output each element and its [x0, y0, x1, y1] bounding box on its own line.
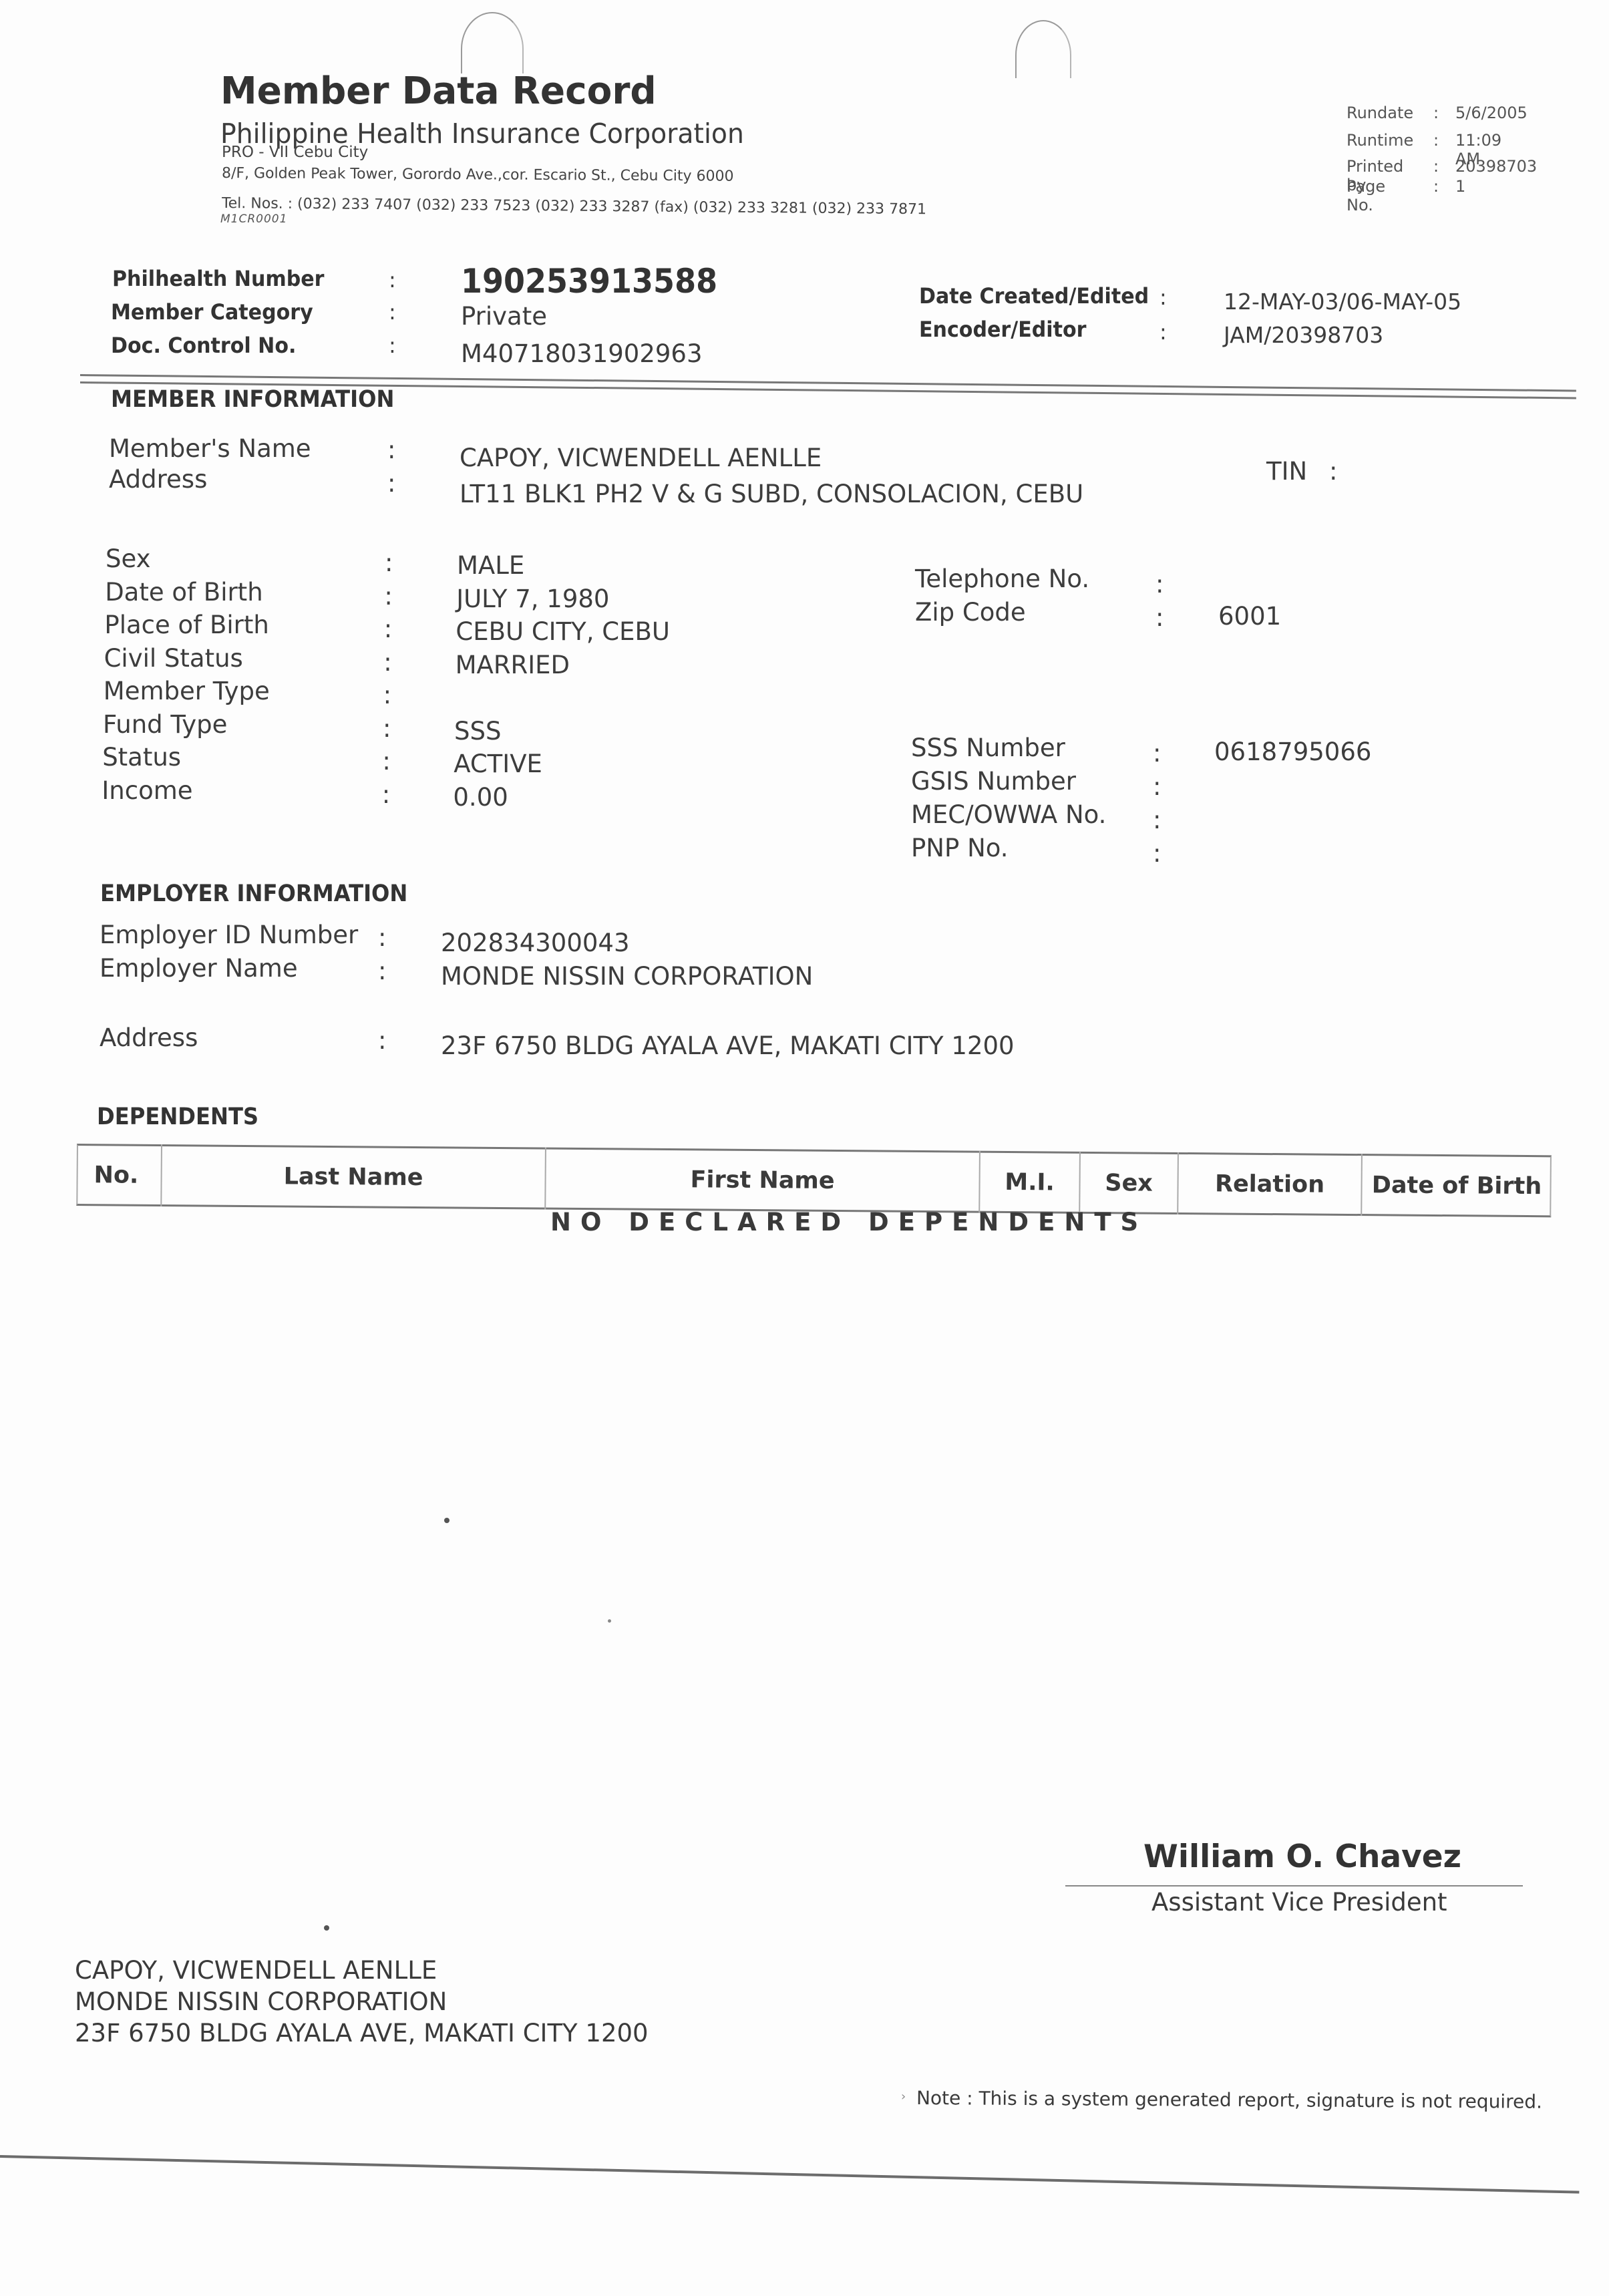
- run-info-label: Runtime: [1347, 131, 1413, 150]
- field-value: MALE: [457, 551, 524, 580]
- field-label: Employer ID Number: [100, 921, 358, 949]
- field-value: JULY 7, 1980: [456, 585, 609, 613]
- field-label: Sex: [106, 544, 151, 573]
- office-telephones: Tel. Nos. : (032) 233 7407 (032) 233 752…: [222, 195, 926, 218]
- branch-name: PRO - VII Cebu City: [222, 144, 368, 161]
- dependents-heading: DEPENDENTS: [97, 1104, 258, 1130]
- field-label: MEC/OWWA No.: [911, 800, 1106, 829]
- field-label: Address: [109, 465, 207, 494]
- field-label: Status: [102, 743, 181, 772]
- field-label: SSS Number: [911, 733, 1065, 762]
- document-title: Member Data Record: [220, 69, 657, 113]
- signature-line: [1065, 1885, 1523, 1887]
- doc-control-no-value: M40718031902963: [461, 339, 703, 368]
- no-dependents-message: NO DECLARED DEPENDENTS: [550, 1208, 1147, 1237]
- note-bullet-icon: ›: [901, 2090, 906, 2104]
- field-label: Member Type: [104, 677, 270, 705]
- field-label: Philhealth Number: [112, 266, 324, 291]
- field-label: Zip Code: [915, 598, 1026, 627]
- field-value: MARRIED: [456, 651, 570, 679]
- field-value: CEBU CITY, CEBU: [456, 617, 670, 646]
- run-info-value: 1: [1455, 177, 1465, 196]
- punch-hole-mark: [1015, 20, 1071, 78]
- dependents-column-header: Relation: [1178, 1152, 1363, 1216]
- mailing-address-street: 23F 6750 BLDG AYALA AVE, MAKATI CITY 120…: [75, 2019, 649, 2047]
- mailing-address-name: CAPOY, VICWENDELL AENLLE: [75, 1956, 437, 1985]
- member-information-heading: MEMBER INFORMATION: [111, 386, 394, 413]
- field-label: Encoder/Editor: [919, 317, 1086, 342]
- signatory-name: William O. Chavez: [1143, 1838, 1461, 1875]
- field-label: Income: [102, 776, 192, 805]
- dependents-column-header: Last Name: [162, 1144, 546, 1210]
- field-value: 0618795066: [1214, 737, 1371, 766]
- dependents-column-header: M.I.: [980, 1151, 1081, 1214]
- member-data-record-page: Member Data Record Philippine Health Ins…: [0, 0, 1609, 2296]
- field-value: 202834300043: [441, 929, 630, 957]
- system-generated-note: Note : This is a system generated report…: [916, 2087, 1542, 2113]
- signatory-title: Assistant Vice President: [1151, 1888, 1447, 1917]
- dependents-table: No.Last NameFirst NameM.I.SexRelationDat…: [76, 1144, 1552, 1217]
- scan-speck: [608, 1619, 611, 1623]
- run-info-value: 20398703: [1455, 157, 1537, 176]
- employer-information-heading: EMPLOYER INFORMATION: [100, 880, 407, 907]
- field-label: TIN: [1266, 457, 1307, 486]
- punch-hole-mark: [461, 12, 524, 73]
- run-info-value: 5/6/2005: [1455, 104, 1528, 122]
- field-label: Telephone No.: [915, 564, 1089, 593]
- date-created-value: 12-MAY-03/06-MAY-05: [1224, 289, 1461, 315]
- field-label: Member Category: [111, 299, 313, 325]
- field-value: MONDE NISSIN CORPORATION: [441, 962, 813, 991]
- field-label: Fund Type: [103, 710, 227, 739]
- field-label: Civil Status: [104, 644, 243, 673]
- scan-speck: [324, 1925, 329, 1931]
- run-info-label: Rundate: [1347, 104, 1413, 122]
- field-label: Date of Birth: [105, 578, 262, 607]
- encoder-editor-value: JAM/20398703: [1224, 322, 1383, 348]
- dependents-column-header: No.: [76, 1144, 162, 1206]
- report-code: M1CR0001: [220, 212, 287, 226]
- field-label: PNP No.: [911, 834, 1009, 862]
- field-value: 0.00: [453, 783, 508, 812]
- footer-divider: [0, 2155, 1579, 2194]
- field-value: SSS: [454, 717, 501, 746]
- member-address-value: LT11 BLK1 PH2 V & G SUBD, CONSOLACION, C…: [460, 480, 1083, 508]
- office-address: 8/F, Golden Peak Tower, Gorordo Ave.,cor…: [222, 165, 734, 185]
- member-category-value: Private: [461, 302, 547, 331]
- mailing-address-company: MONDE NISSIN CORPORATION: [75, 1987, 447, 2016]
- dependents-column-header: Date of Birth: [1362, 1154, 1552, 1217]
- field-label: Member's Name: [109, 434, 311, 463]
- run-info-label: Page No.: [1347, 177, 1385, 214]
- member-name-value: CAPOY, VICWENDELL AENLLE: [460, 444, 822, 472]
- field-value: 23F 6750 BLDG AYALA AVE, MAKATI CITY 120…: [441, 1031, 1015, 1060]
- dependents-column-header: First Name: [546, 1148, 980, 1213]
- philhealth-number-value: 190253913588: [461, 262, 717, 301]
- scan-speck: [444, 1518, 450, 1523]
- field-label: Employer Name: [100, 954, 298, 983]
- field-value: ACTIVE: [454, 750, 542, 778]
- field-label: Place of Birth: [104, 611, 269, 639]
- field-label: GSIS Number: [911, 767, 1076, 796]
- field-label: Doc. Control No.: [111, 333, 296, 358]
- field-value: 6001: [1218, 602, 1281, 631]
- field-label: Date Created/Edited: [919, 283, 1149, 309]
- dependents-column-header: Sex: [1080, 1152, 1179, 1214]
- field-label: Address: [100, 1023, 198, 1052]
- dependents-table-header: No.Last NameFirst NameM.I.SexRelationDat…: [77, 1144, 1552, 1155]
